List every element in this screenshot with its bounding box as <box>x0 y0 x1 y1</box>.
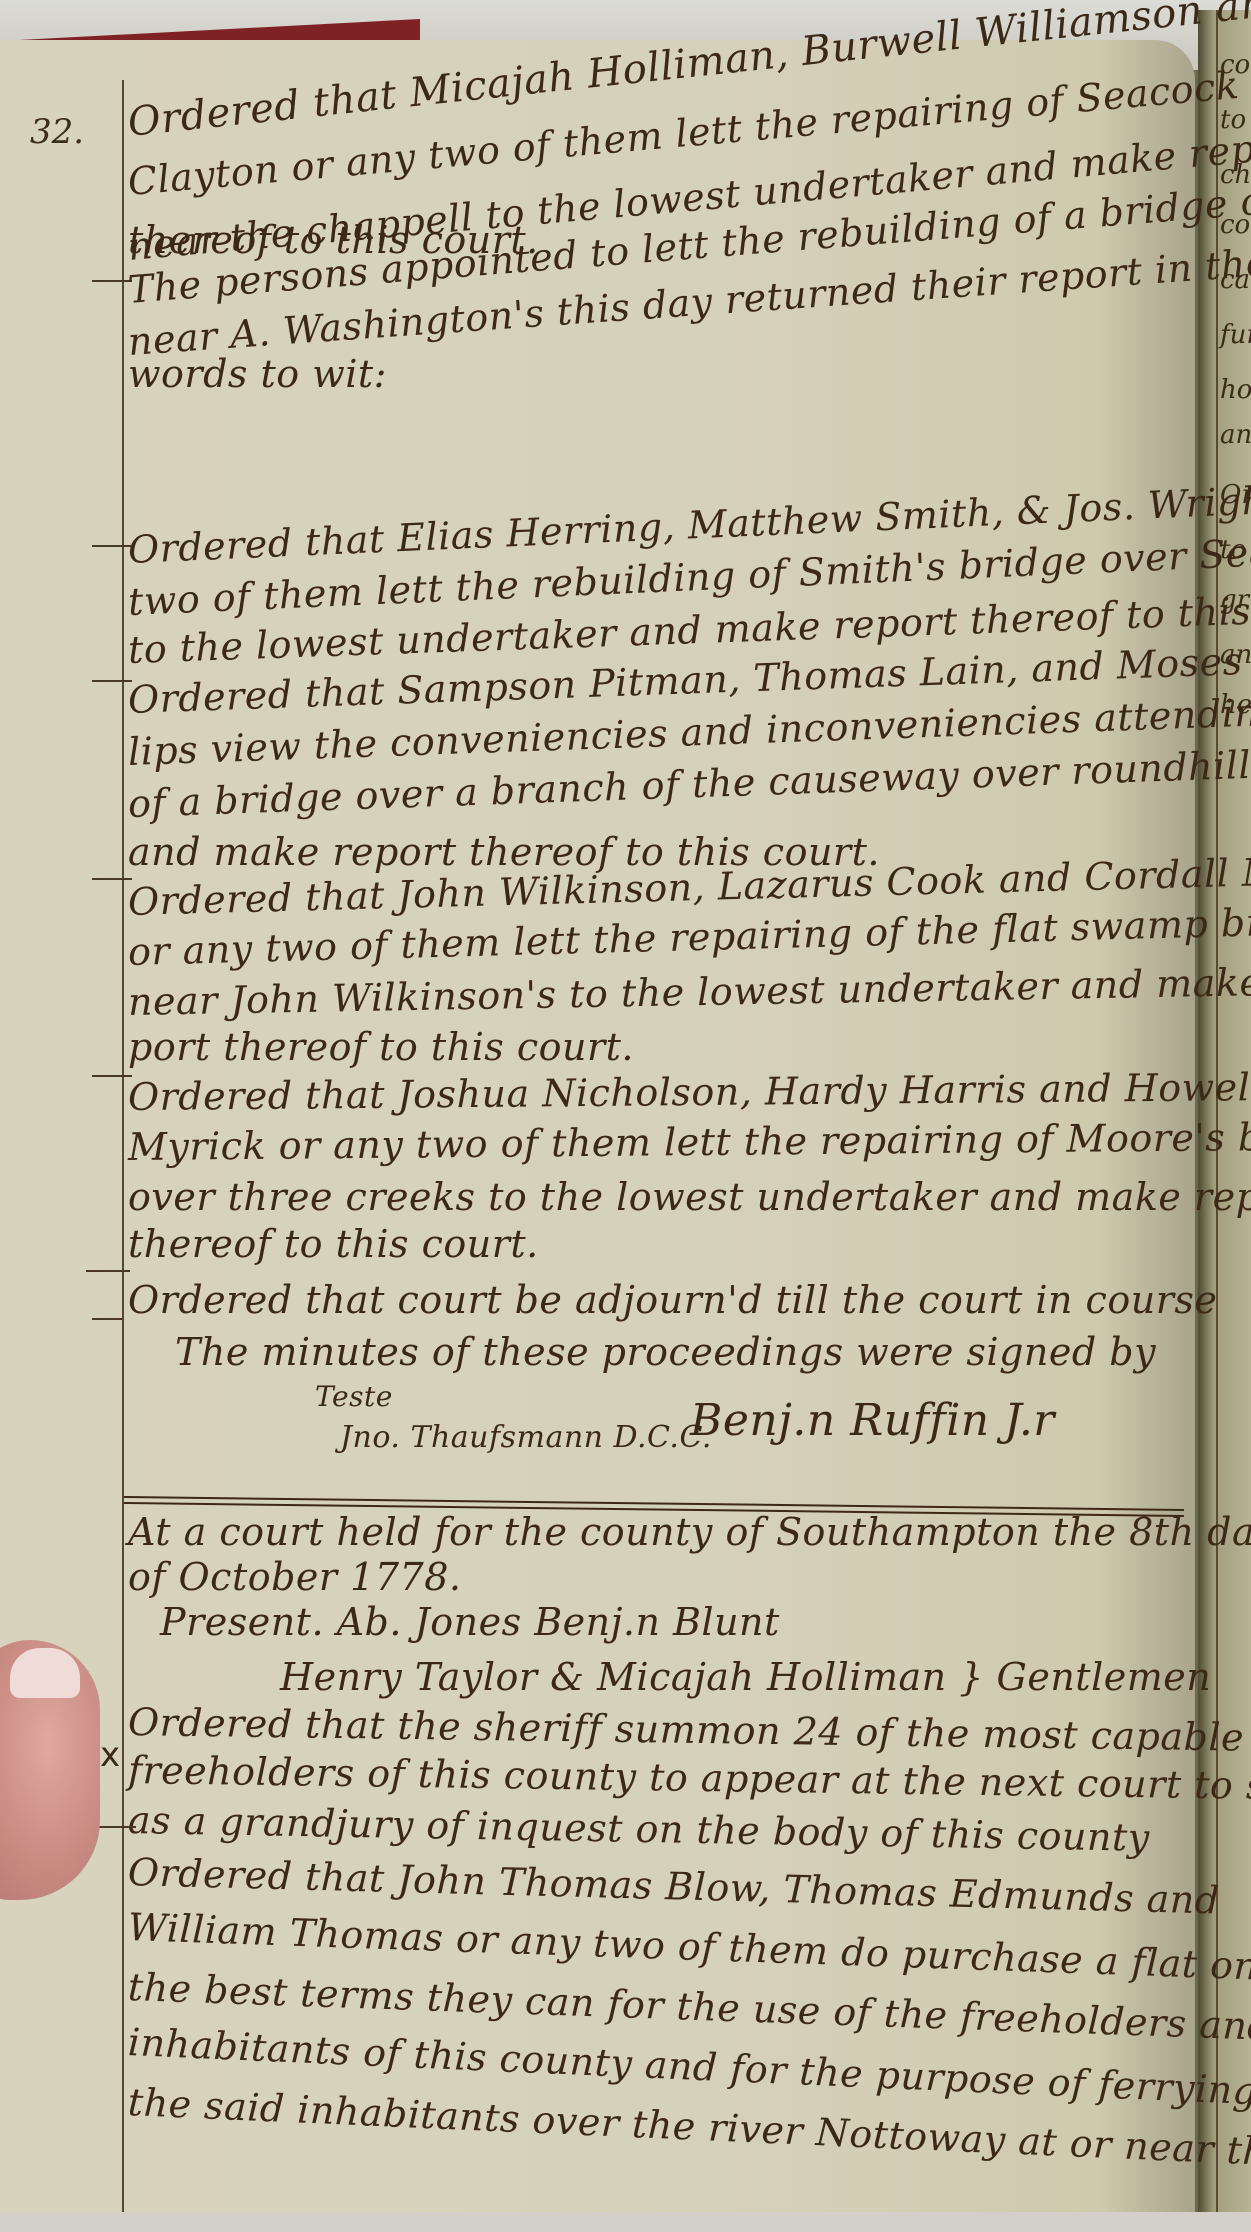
background-bottom <box>0 2212 1251 2232</box>
text-line: over three creeks to the lowest undertak… <box>128 1175 1251 1219</box>
margin-tick <box>92 1075 132 1077</box>
adjacent-text: and <box>1220 420 1251 450</box>
page-number: 32. <box>30 112 84 152</box>
text-line: of October 1778. <box>128 1555 461 1599</box>
present-line: Present. Ab. Jones Benj.n Blunt <box>160 1600 780 1644</box>
present-line: Henry Taylor & Micajah Holliman } Gentle… <box>280 1655 1211 1699</box>
margin-x-mark: x <box>100 1735 120 1775</box>
margin-tick <box>92 1318 122 1320</box>
margin-tick <box>92 545 132 547</box>
adjacent-text: fur <box>1220 320 1251 350</box>
margin-tick <box>92 878 132 880</box>
margin-tick <box>86 1270 130 1272</box>
text-line: At a court held for the county of Southa… <box>128 1510 1251 1554</box>
margin-tick <box>92 680 132 682</box>
thumbnail <box>10 1648 80 1698</box>
text-line: The minutes of these proceedings were si… <box>175 1330 1156 1374</box>
text-line: words to wit: <box>128 352 387 396</box>
margin-rule <box>122 80 124 2232</box>
justice-signature: Benj.n Ruffin J.r <box>690 1395 1055 1446</box>
adjacent-text: hog <box>1220 375 1251 405</box>
text-line: thereof to this court. <box>128 1222 539 1266</box>
clerk-signature: Jno. Thaufsmann D.C.C. <box>340 1420 712 1455</box>
text-line: Ordered that court be adjourn'd till the… <box>128 1278 1217 1322</box>
margin-tick <box>92 280 132 282</box>
teste-label: Teste <box>315 1380 393 1413</box>
text-line: port thereof to this court. <box>128 1025 634 1069</box>
